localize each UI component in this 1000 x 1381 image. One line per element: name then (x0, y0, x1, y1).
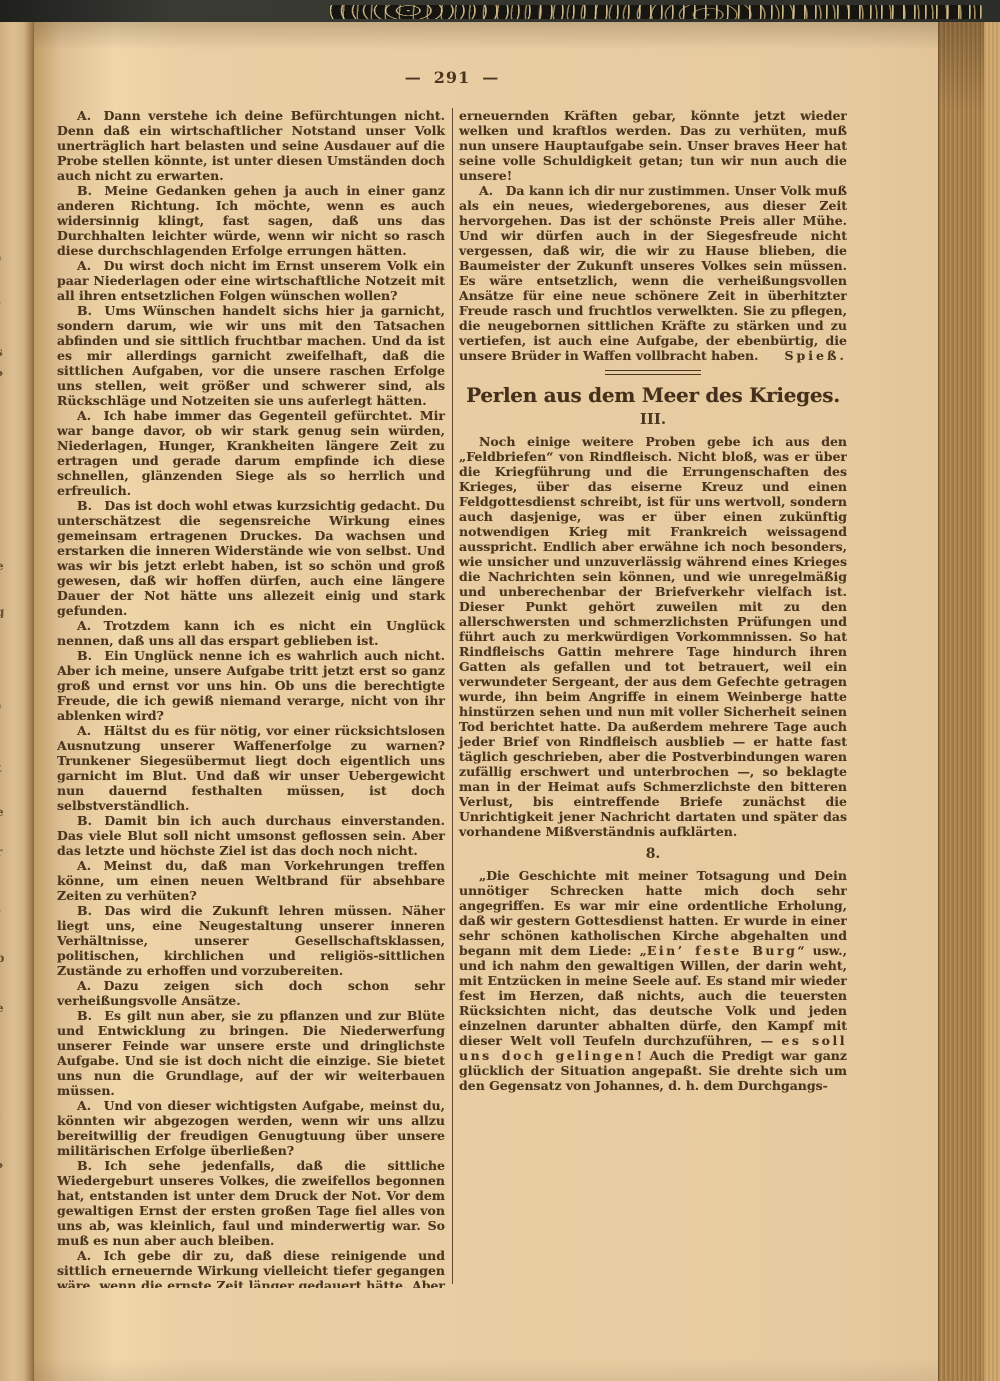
continuation-text: erneuernden Kräften gebar, könnte jetzt … (459, 108, 847, 363)
facing-page-text-fragment: , (0, 1212, 8, 1224)
facing-page-text-fragment: e (0, 560, 8, 572)
speaker-label: A. (77, 618, 91, 633)
article-section-number: III. (459, 410, 847, 428)
paragraph: B. Meine Gedanken gehen ja auch in einer… (57, 183, 445, 258)
paragraph: B. Es gilt nun aber, sie zu pflanzen und… (57, 1008, 445, 1098)
paragraph: B. Das wird die Zukunft lehren müssen. N… (57, 903, 445, 978)
speaker-label: B. (77, 498, 92, 513)
paragraph: A. Dann verstehe ich deine Befürchtungen… (57, 108, 445, 183)
paragraph: A. Du wirst doch nicht im Ernst unserem … (57, 258, 445, 303)
letter-number: 8. (459, 846, 847, 862)
speaker-label: B. (77, 813, 92, 828)
paragraph: A. Hältst du es für nötig, vor einer rüc… (57, 723, 445, 813)
speaker-label: B. (77, 648, 92, 663)
facing-page-text-fragment: l (0, 1106, 8, 1118)
text-columns: A. Dann verstehe ich deine Befürchtungen… (57, 108, 847, 1288)
facing-page-text-fragment: , (0, 648, 8, 660)
speaker-label: A. (77, 258, 91, 273)
page: —291— A. Dann verstehe ich deine Befürch… (34, 22, 938, 1381)
paragraph: B. Ein Unglück nenne ich es wahrlich auc… (57, 648, 445, 723)
facing-page-text-fragment: s (0, 346, 8, 358)
paragraph: A. Und von dieser wichtigsten Aufgabe, m… (57, 1098, 445, 1158)
speaker-label: B. (77, 303, 92, 318)
speaker-label: A. (77, 408, 91, 423)
speaker-label: B. (77, 1158, 92, 1173)
paragraph: A. Da kann ich dir nur zustimmen. Unser … (459, 183, 847, 363)
header-dash-right: — (482, 68, 499, 87)
paragraph: A. Meinst du, daß man Vorkehrungen treff… (57, 858, 445, 903)
facing-page-edge: :,),-,s?eg,)ter-be,l?, (0, 22, 34, 1381)
facing-page-text-fragment: , (0, 276, 8, 288)
paragraph: A. Trotzdem kann ich es nicht ein Unglüc… (57, 618, 445, 648)
speaker-label: B. (77, 903, 92, 918)
speaker-label: A. (77, 108, 91, 123)
marbled-page-top-edge (330, 5, 982, 19)
speaker-label: A. (77, 1098, 91, 1113)
speaker-label: A. (77, 978, 91, 993)
right-column: erneuernden Kräften gebar, könnte jetzt … (459, 108, 847, 1288)
paragraph: Noch einige weitere Proben gebe ich aus … (459, 434, 847, 839)
facing-page-text-fragment: ) (0, 700, 8, 712)
facing-page-text-fragment: : (0, 196, 8, 208)
paragraph: A. Ich habe immer das Gegenteil gefürcht… (57, 408, 445, 498)
paragraph: B. Damit bin ich auch durchaus einversta… (57, 813, 445, 858)
article-body: Noch einige weitere Proben gebe ich aus … (459, 434, 847, 839)
facing-page-text-fragment: ? (0, 1162, 8, 1174)
header-dash-left: — (405, 68, 422, 87)
facing-page-text-fragment: ) (0, 252, 8, 264)
facing-page-text-fragment: , (0, 1062, 8, 1074)
facing-page-text-fragment: b (0, 952, 8, 964)
section-end-double-rule (605, 370, 701, 375)
facing-page-text-fragment: e (0, 806, 8, 818)
speaker-label: B. (77, 1008, 92, 1023)
facing-page-text-fragment: ? (0, 370, 8, 382)
speaker-label: A. (77, 1248, 91, 1263)
article-title: Perlen aus dem Meer des Krieges. (459, 383, 847, 407)
paragraph: erneuernden Kräften gebar, könnte jetzt … (459, 108, 847, 183)
book-scan-page: :,),-,s?eg,)ter-be,l?, —291— A. Dann ver… (0, 0, 1000, 1381)
page-stack-fore-edge (938, 22, 985, 1381)
book-cover-edge (0, 0, 1000, 22)
author-signature: Spieß. (785, 348, 847, 363)
page-stack-fore-edge-outer (984, 22, 1000, 1381)
facing-page-text-fragment: - (0, 296, 8, 308)
speaker-label: A. (479, 183, 493, 198)
paragraph: „Die Geschichte mit meiner Totsagung und… (459, 868, 847, 1093)
page-number-header: —291— (57, 68, 847, 88)
facing-page-text-fragment: t (0, 762, 8, 774)
facing-page-text-fragment: , (0, 228, 8, 240)
paragraph: B. Das ist doch wohl etwas kurzsichtig g… (57, 498, 445, 618)
speaker-label: B. (77, 183, 92, 198)
facing-page-text-fragment: g (0, 606, 8, 618)
paragraph: B. Ich sehe jedenfalls, daß die sittlich… (57, 1158, 445, 1248)
speaker-label: A. (77, 723, 91, 738)
paragraph: A. Dazu zeigen sich doch schon sehr verh… (57, 978, 445, 1008)
facing-page-text-fragment: e (0, 1002, 8, 1014)
facing-page-text-fragment: r (0, 846, 8, 858)
paragraph: B. Ums Wünschen handelt sichs hier ja ga… (57, 303, 445, 408)
left-column: A. Dann verstehe ich deine Befürchtungen… (57, 108, 445, 1288)
paragraph: A. Ich gebe dir zu, daß diese reinigende… (57, 1248, 445, 1288)
facing-page-text-fragment: - (0, 904, 8, 916)
column-divider-rule (452, 108, 453, 1284)
letter-body: „Die Geschichte mit meiner Totsagung und… (459, 868, 847, 1093)
speaker-label: A. (77, 858, 91, 873)
facing-page-text-fragment: , (0, 316, 8, 328)
page-number: 291 (434, 68, 470, 87)
